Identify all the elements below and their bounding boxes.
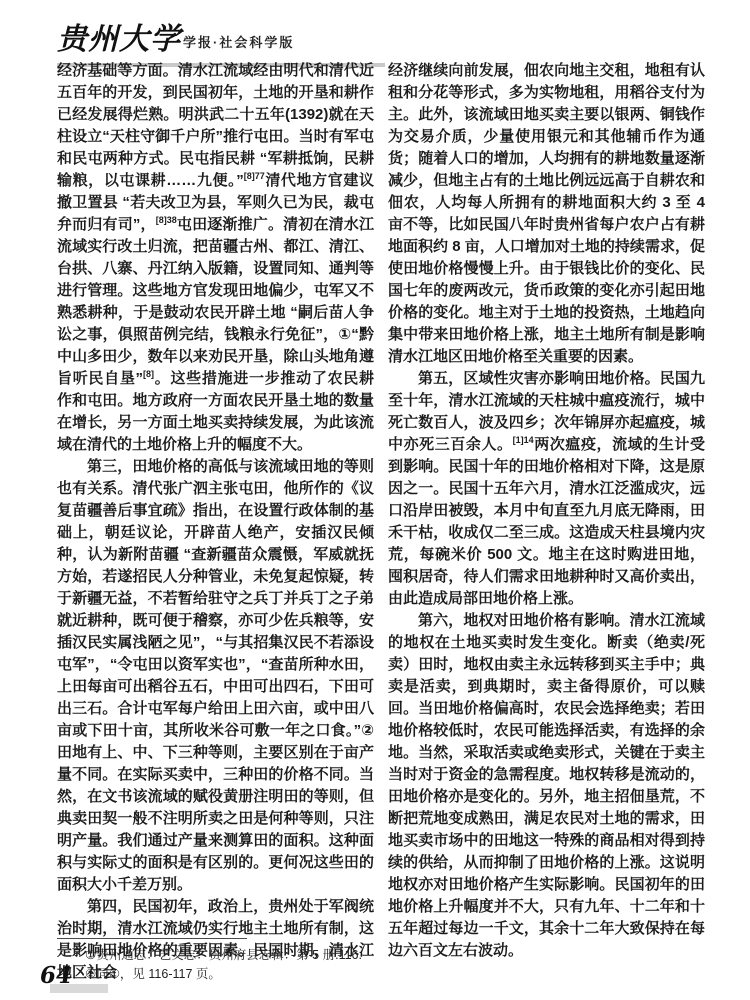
- journal-page: 贵州大学学报·社会科学版 经济基础等方面。清水江流域经由明代和清代近五百年的开发…: [0, 0, 750, 1000]
- article-body: 经济基础等方面。清水江流域经由明代和清代近五百年的开发，到民国初年，土地的开垦和…: [57, 60, 705, 984]
- page-number: 64: [40, 962, 72, 989]
- journal-logo: 贵州大学: [57, 22, 181, 57]
- paragraph: 第五，区域性灾害亦影响田地价格。民国九至十年，清水江流域的天柱城中瘟疫流行，城中…: [388, 368, 705, 610]
- paragraph: 第三，田地价格的高低与该流域田地的等则也有关系。清代张广泗主张屯田，他所作的《议…: [57, 456, 374, 896]
- citation-marker: [1]14: [513, 435, 534, 445]
- paragraph: 经济继续向前发展，佃农向地主交租，地租有认租和分花等形式，多为实物地租，用稻谷支…: [388, 60, 705, 368]
- left-column: 经济基础等方面。清水江流域经由明代和清代近五百年的开发，到民国初年，土地的开垦和…: [57, 60, 374, 984]
- journal-subtitle: 学报·社会科学版: [183, 35, 294, 50]
- citation-marker: [8]: [143, 369, 154, 379]
- right-column: 经济继续向前发展，佃农向地主交租，地租有认租和分花等形式，多为实物地租，用稻谷支…: [388, 60, 705, 984]
- footnote-separator: [57, 938, 247, 939]
- paragraph: 经济基础等方面。清水江流域经由明代和清代近五百年的开发，到民国初年，土地的开垦和…: [57, 60, 374, 456]
- paragraph: 第六，地权对田地价格有影响。清水江流域的地权在土地买卖时发生变化。断卖（绝卖/死…: [388, 610, 705, 962]
- page-number-area: 64: [40, 962, 130, 998]
- citation-marker: [8]77: [244, 171, 265, 181]
- citation-marker: [8]38: [156, 215, 177, 225]
